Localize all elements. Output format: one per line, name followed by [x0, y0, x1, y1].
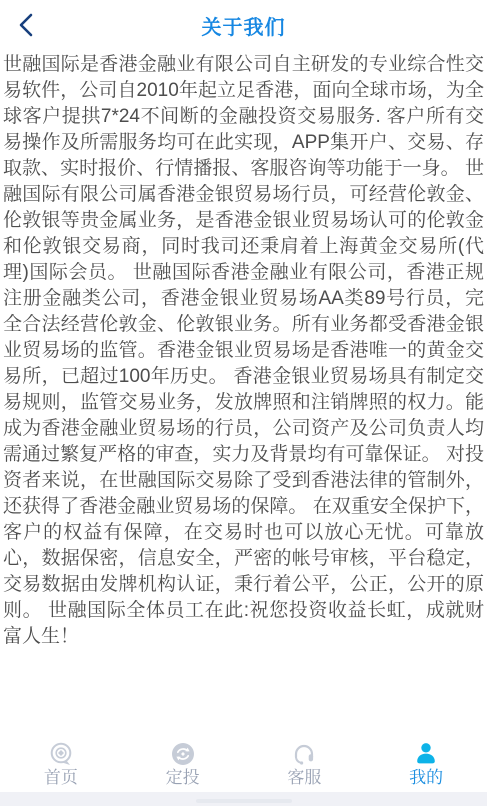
tab-support-label: 客服 — [287, 769, 321, 787]
header: 关于我们 — [0, 0, 487, 50]
tab-profile-label: 我的 — [409, 769, 443, 787]
tab-home-label: 首页 — [44, 769, 78, 787]
tab-home[interactable]: 首页 — [0, 734, 122, 792]
profile-person-icon — [413, 741, 439, 767]
tab-auto-invest-label: 定投 — [166, 769, 200, 787]
about-paragraph: 世融国际是香港金融业有限公司自主研发的专业综合性交易软件，公司自2010年起立足… — [3, 52, 484, 650]
bottom-safe-area — [0, 792, 487, 806]
home-bubble-target-icon — [48, 741, 74, 767]
tab-support[interactable]: 客服 — [244, 734, 366, 792]
about-content: 世融国际是香港金融业有限公司自主研发的专业综合性交易软件，公司自2010年起立足… — [0, 50, 487, 734]
tab-profile[interactable]: 我的 — [365, 734, 487, 792]
page-title: 关于我们 — [202, 11, 286, 40]
back-button[interactable] — [8, 6, 44, 44]
chevron-left-icon — [16, 12, 36, 38]
auto-invest-cycle-icon — [170, 741, 196, 767]
headset-icon — [291, 741, 317, 767]
tab-bar: 首页 定投 — [0, 734, 487, 792]
tab-auto-invest[interactable]: 定投 — [122, 734, 244, 792]
home-indicator — [196, 799, 292, 803]
about-us-screen: 关于我们 世融国际是香港金融业有限公司自主研发的专业综合性交易软件，公司自201… — [0, 0, 487, 806]
